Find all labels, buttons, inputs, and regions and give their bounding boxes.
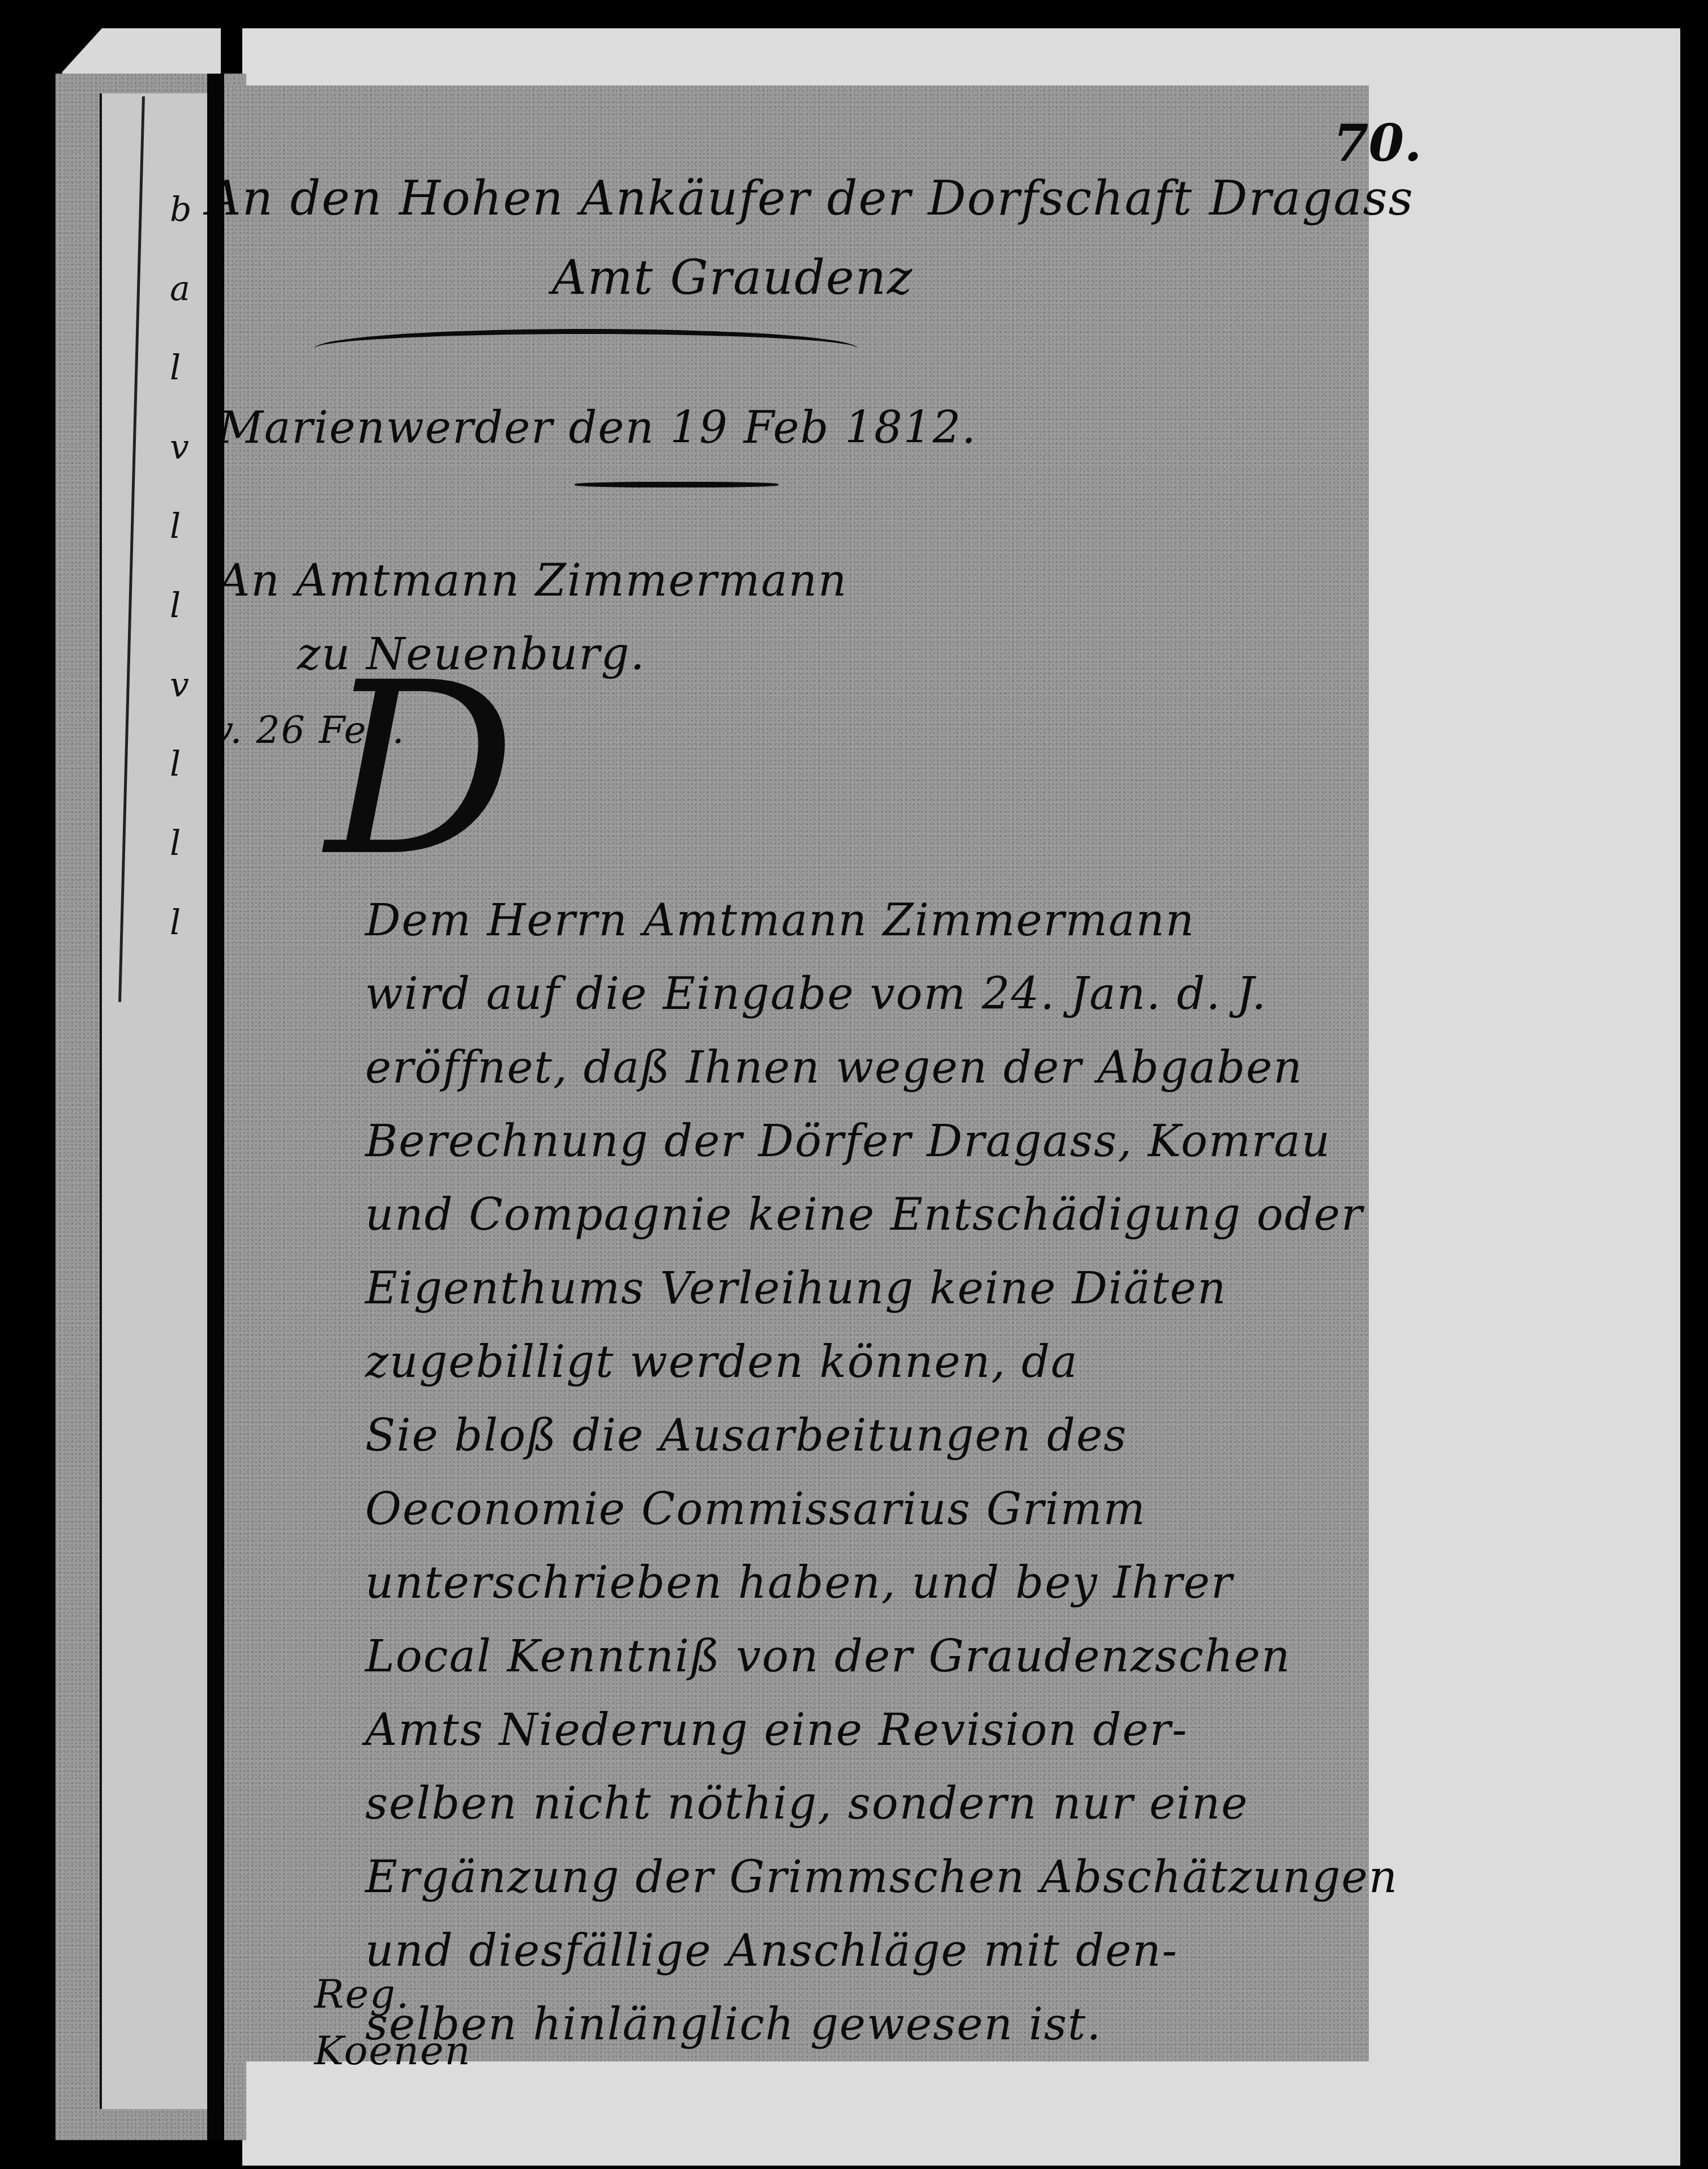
date-underline bbox=[575, 482, 778, 487]
body-line: und Compagnie keine Entschädigung oder bbox=[365, 1190, 1363, 1240]
body-line: Eigenthums Verleihung keine Diäten bbox=[365, 1263, 1227, 1314]
body-line: und diesfällige Anschläge mit den- bbox=[365, 1926, 1178, 1977]
header-flourish bbox=[314, 329, 858, 368]
addressee-line-1: An Amtmann Zimmermann bbox=[218, 555, 847, 606]
decorative-initial: D bbox=[326, 652, 516, 889]
body-line: Sie bloß die Ausarbeitungen des bbox=[365, 1410, 1127, 1461]
body-line: zugebilligt werden können, da bbox=[365, 1337, 1078, 1388]
body-line: Amts Niederung eine Revision der- bbox=[365, 1705, 1188, 1756]
body-line: eröffnet, daß Ihnen wegen der Abgaben bbox=[365, 1042, 1303, 1093]
binding-line bbox=[207, 74, 224, 2140]
place-date: Marienwerder den 19 Feb 1812. bbox=[218, 403, 977, 454]
page-number: 70. bbox=[1333, 113, 1422, 173]
body-line: Oeconomie Commissarius Grimm bbox=[365, 1484, 1146, 1535]
body-line: Berechnung der Dörfer Dragass, Komrau bbox=[365, 1116, 1331, 1167]
body-line: Local Kenntniß von der Graudenzschen bbox=[365, 1631, 1291, 1682]
body-line: unterschrieben haben, und bey Ihrer bbox=[365, 1558, 1233, 1608]
header-line-1: An den Hohen Ankäufer der Dorfschaft Dra… bbox=[207, 170, 1414, 226]
header-line-2: Amt Graudenz bbox=[552, 250, 913, 305]
handwritten-document: An den Hohen Ankäufer der Dorfschaft Dra… bbox=[224, 85, 1369, 2061]
body-line: selben hinlänglich gewesen ist. bbox=[365, 1999, 1102, 2050]
body-line: selben nicht nöthig, sondern nur eine bbox=[365, 1778, 1248, 1829]
body-line: Ergänzung der Grimmschen Abschätzungen bbox=[365, 1852, 1398, 1903]
body-line: Dem Herrn Amtmann Zimmermann bbox=[365, 895, 1195, 946]
body-line: wird auf die Eingabe vom 24. Jan. d. J. bbox=[365, 969, 1267, 1020]
